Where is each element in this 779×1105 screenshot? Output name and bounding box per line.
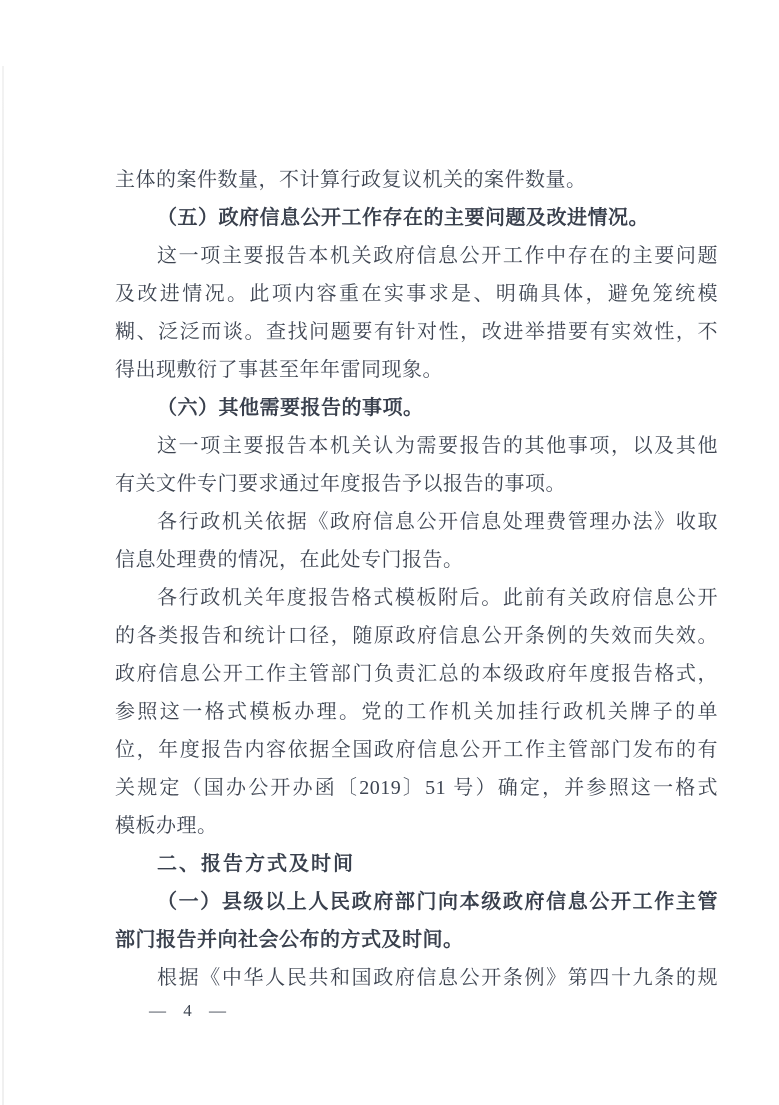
page-number: — 4 — [149, 998, 229, 1024]
body-line: 各行政机关依据《政府信息公开信息处理费管理办法》收取 [115, 503, 718, 541]
body-line: 各行政机关年度报告格式模板附后。此前有关政府信息公开 [115, 579, 718, 617]
body-line: 关规定（国办公开办函〔2019〕51 号）确定，并参照这一格式 [115, 769, 718, 807]
body-line: 得出现敷衍了事甚至年年雷同现象。 [115, 351, 718, 389]
body-line: 根据《中华人民共和国政府信息公开条例》第四十九条的规 [115, 959, 718, 997]
heading-item-1-continuation: 部门报告并向社会公布的方式及时间。 [115, 921, 718, 959]
body-line: 参照这一格式模板办理。党的工作机关加挂行政机关牌子的单 [115, 693, 718, 731]
body-line: 的各类报告和统计口径，随原政府信息公开条例的失效而失效。 [115, 617, 718, 655]
body-line: 模板办理。 [115, 807, 718, 845]
document-page: 主体的案件数量，不计算行政复议机关的案件数量。 （五）政府信息公开工作存在的主要… [0, 0, 779, 1105]
document-text-block: 主体的案件数量，不计算行政复议机关的案件数量。 （五）政府信息公开工作存在的主要… [115, 161, 718, 997]
scan-edge-artifact [2, 66, 4, 1105]
body-line: 有关文件专门要求通过年度报告予以报告的事项。 [115, 465, 718, 503]
body-line: 主体的案件数量，不计算行政复议机关的案件数量。 [115, 161, 718, 199]
body-line: 信息处理费的情况，在此处专门报告。 [115, 541, 718, 579]
heading-item-1: （一）县级以上人民政府部门向本级政府信息公开工作主管 [115, 883, 718, 921]
heading-section-2: 二、报告方式及时间 [115, 845, 718, 883]
body-line: 糊、泛泛而谈。查找问题要有针对性，改进举措要有实效性，不 [115, 313, 718, 351]
body-line: 这一项主要报告本机关政府信息公开工作中存在的主要问题 [115, 237, 718, 275]
body-line: 位，年度报告内容依据全国政府信息公开工作主管部门发布的有 [115, 731, 718, 769]
body-line: 及改进情况。此项内容重在实事求是、明确具体，避免笼统模 [115, 275, 718, 313]
heading-item-6: （六）其他需要报告的事项。 [115, 389, 718, 427]
body-line: 政府信息公开工作主管部门负责汇总的本级政府年度报告格式， [115, 655, 718, 693]
heading-item-5: （五）政府信息公开工作存在的主要问题及改进情况。 [115, 199, 718, 237]
body-line: 这一项主要报告本机关认为需要报告的其他事项，以及其他 [115, 427, 718, 465]
